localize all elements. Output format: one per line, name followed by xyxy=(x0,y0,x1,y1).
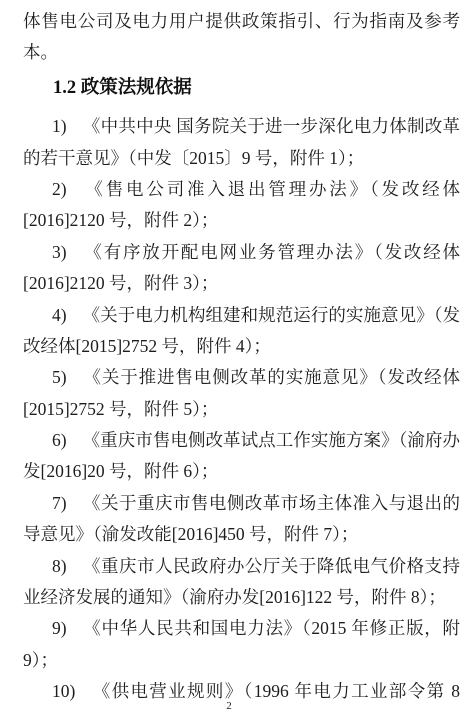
list-item: 7)《关于重庆市售电侧改革市场主体准入与退出的指导意见》（渝发改能[2016]4… xyxy=(23,488,460,551)
list-item-line-1: 3)《有序放开配电网业务管理办法》（发改经体 xyxy=(23,237,460,268)
list-item-number: 1) xyxy=(52,111,67,142)
section-heading: 1.2 政策法规依据 xyxy=(53,73,460,104)
list-item-number: 9) xyxy=(52,613,67,644)
list-item: 4)《关于电力机构组建和规范运行的实施意见》（发改经体[2015]2752 号，… xyxy=(23,300,460,363)
reference-list: 1)《中共中央 国务院关于进一步深化电力体制改革的若干意见》（中发〔2015〕9… xyxy=(23,111,460,707)
intro-line-2: 本。 xyxy=(23,37,460,68)
page-number: 2 xyxy=(0,700,458,712)
list-item-line-1: 2)《售电公司准入退出管理办法》（发改经体 xyxy=(23,174,460,205)
list-item-number: 2) xyxy=(52,174,67,205)
list-item: 2)《售电公司准入退出管理办法》（发改经体[2016]2120 号，附件 2）； xyxy=(23,174,460,237)
list-item-number: 8) xyxy=(52,551,67,582)
list-item-line-1: 1)《中共中央 国务院关于进一步深化电力体制改革 xyxy=(23,111,460,142)
intro-line-1: 体售电公司及电力用户提供政策指引、行为指南及参考范 xyxy=(23,6,460,37)
list-item-number: 6) xyxy=(52,425,67,456)
list-item: 1)《中共中央 国务院关于进一步深化电力体制改革的若干意见》（中发〔2015〕9… xyxy=(23,111,460,174)
list-item-line-2: 导意见》（渝发改能[2016]450 号，附件 7）； xyxy=(23,519,460,550)
list-item-number: 3) xyxy=(52,237,67,268)
list-item: 3)《有序放开配电网业务管理办法》（发改经体[2016]2120 号，附件 3）… xyxy=(23,237,460,300)
list-item-line-2: [2015]2752 号，附件 5）； xyxy=(23,394,460,425)
list-item-line-2: 业经济发展的通知》（渝府办发[2016]122 号，附件 8）； xyxy=(23,582,460,613)
list-item-line-2: 发[2016]20 号，附件 6）； xyxy=(23,456,460,487)
document-page: 体售电公司及电力用户提供政策指引、行为指南及参考范 本。 1.2 政策法规依据 … xyxy=(0,0,472,726)
list-item: 6)《重庆市售电侧改革试点工作实施方案》（渝府办发[2016]20 号，附件 6… xyxy=(23,425,460,488)
list-item: 9)《中华人民共和国电力法》（2015 年修正版，附件9）； xyxy=(23,613,460,676)
page-content: 体售电公司及电力用户提供政策指引、行为指南及参考范 本。 1.2 政策法规依据 … xyxy=(0,0,472,708)
list-item-line-1: 7)《关于重庆市售电侧改革市场主体准入与退出的指 xyxy=(23,488,460,519)
list-item-number: 5) xyxy=(52,362,67,393)
list-item-line-2: 改经体[2015]2752 号，附件 4）； xyxy=(23,331,460,362)
list-item-line-2: 9）； xyxy=(23,645,460,676)
list-item-line-1: 6)《重庆市售电侧改革试点工作实施方案》（渝府办 xyxy=(23,425,460,456)
list-item-number: 4) xyxy=(52,300,67,331)
list-item-line-2: [2016]2120 号，附件 2）； xyxy=(23,205,460,236)
list-item-line-1: 4)《关于电力机构组建和规范运行的实施意见》（发 xyxy=(23,300,460,331)
list-item: 8)《重庆市人民政府办公厅关于降低电气价格支持工业经济发展的通知》（渝府办发[2… xyxy=(23,551,460,614)
list-item: 5)《关于推进售电侧改革的实施意见》（发改经体[2015]2752 号，附件 5… xyxy=(23,362,460,425)
list-item-line-2: 的若干意见》（中发〔2015〕9 号，附件 1）； xyxy=(23,143,460,174)
list-item-line-2: [2016]2120 号，附件 3）； xyxy=(23,268,460,299)
list-item-line-1: 9)《中华人民共和国电力法》（2015 年修正版，附件 xyxy=(23,613,460,644)
list-item-number: 7) xyxy=(52,488,67,519)
intro-paragraph: 体售电公司及电力用户提供政策指引、行为指南及参考范 本。 xyxy=(23,6,460,69)
list-item-line-1: 5)《关于推进售电侧改革的实施意见》（发改经体 xyxy=(23,362,460,393)
list-item-line-1: 8)《重庆市人民政府办公厅关于降低电气价格支持工 xyxy=(23,551,460,582)
